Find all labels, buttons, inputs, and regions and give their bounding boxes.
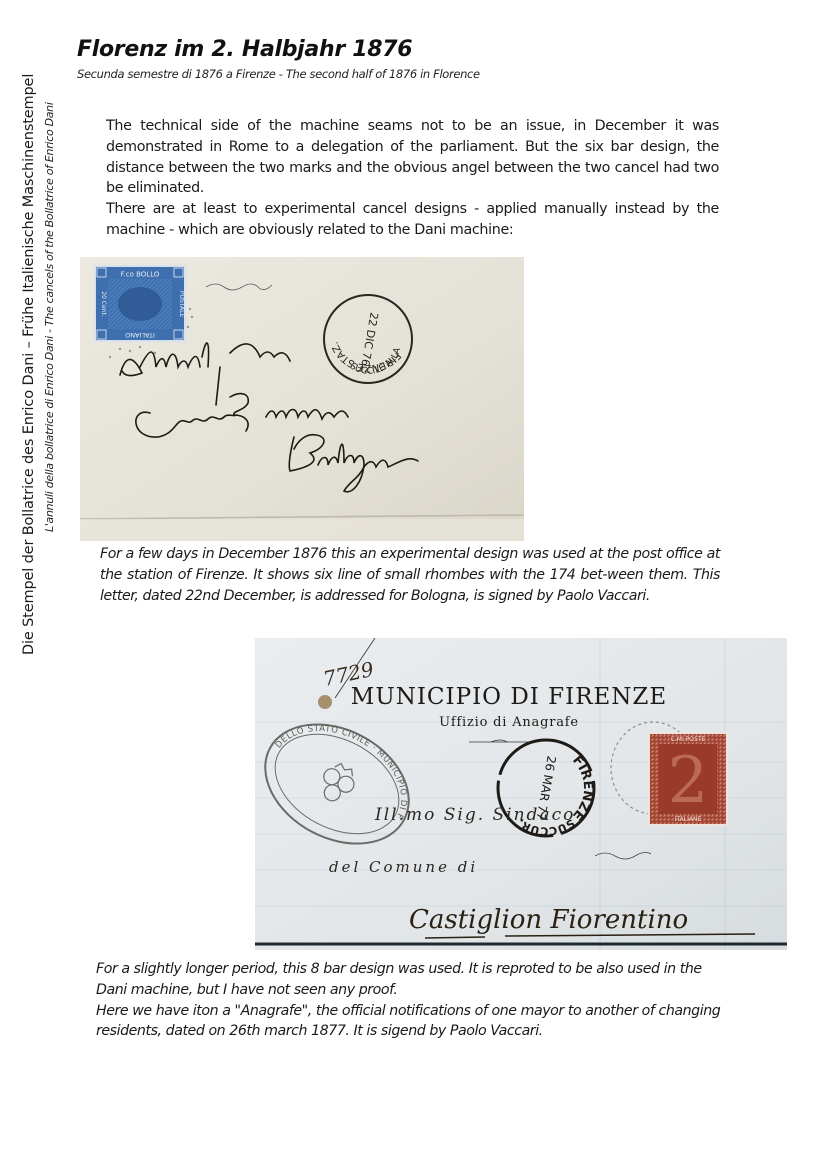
blue-stamp: F.co BOLLO ITALIANO POSTALE 20 Cent. (94, 265, 186, 342)
intro-paragraph: The technical side of the machine seams … (106, 116, 719, 199)
cover-image-anagrafe: 7729 MUNICIPIO DI FIRENZE Uffizio di Ana… (255, 638, 787, 950)
document-illustration: 7729 MUNICIPIO DI FIRENZE Uffizio di Ana… (255, 638, 787, 950)
caption-paragraph: For a few days in December 1876 this an … (100, 544, 720, 606)
svg-text:ITALIANE: ITALIANE (675, 816, 702, 823)
caption-figure-2: For a slightly longer period, this 8 bar… (96, 959, 736, 1042)
svg-text:POSTALE: POSTALE (178, 291, 185, 318)
running-subtitle-vertical: L'annuli della bollatrice di Enrico Dani… (43, 32, 57, 532)
svg-text:2: 2 (668, 744, 709, 818)
page-subtitle: Secunda semestre di 1876 a Firenze - The… (77, 67, 480, 82)
svg-text:Castiglion Fiorentino: Castiglion Fiorentino (409, 905, 688, 935)
caption-figure-1: For a few days in December 1876 this an … (100, 544, 720, 606)
caption-paragraph: For a slightly longer period, this 8 bar… (96, 959, 736, 1001)
intro-paragraph: There are at least to experimental cance… (106, 199, 719, 241)
svg-text:F.co BOLLO: F.co BOLLO (121, 271, 160, 279)
svg-text:C.MI POSTE: C.MI POSTE (671, 736, 706, 743)
running-title-vertical: Die Stempel der Bollatrice des Enrico Da… (20, 35, 38, 655)
svg-text:20 Cent.: 20 Cent. (100, 291, 107, 317)
svg-text:Uffizio di Anagrafe: Uffizio di Anagrafe (439, 715, 579, 730)
svg-text:MUNICIPIO DI FIRENZE: MUNICIPIO DI FIRENZE (351, 684, 667, 710)
intro-text: The technical side of the machine seams … (106, 116, 719, 241)
cover-image-bologna: F.co BOLLO ITALIANO POSTALE 20 Cent. FIR… (80, 257, 524, 541)
svg-text:ITALIANO: ITALIANO (125, 331, 155, 339)
envelope-illustration: F.co BOLLO ITALIANO POSTALE 20 Cent. FIR… (80, 257, 524, 541)
caption-paragraph: Here we have iton a "Anagrafe", the offi… (96, 1001, 736, 1043)
svg-text:Ill.mo Sig. Sindaco: Ill.mo Sig. Sindaco (374, 805, 575, 825)
page-title: Florenz im 2. Halbjahr 1876 (77, 36, 412, 64)
svg-text:del Comune di: del Comune di (329, 858, 478, 876)
